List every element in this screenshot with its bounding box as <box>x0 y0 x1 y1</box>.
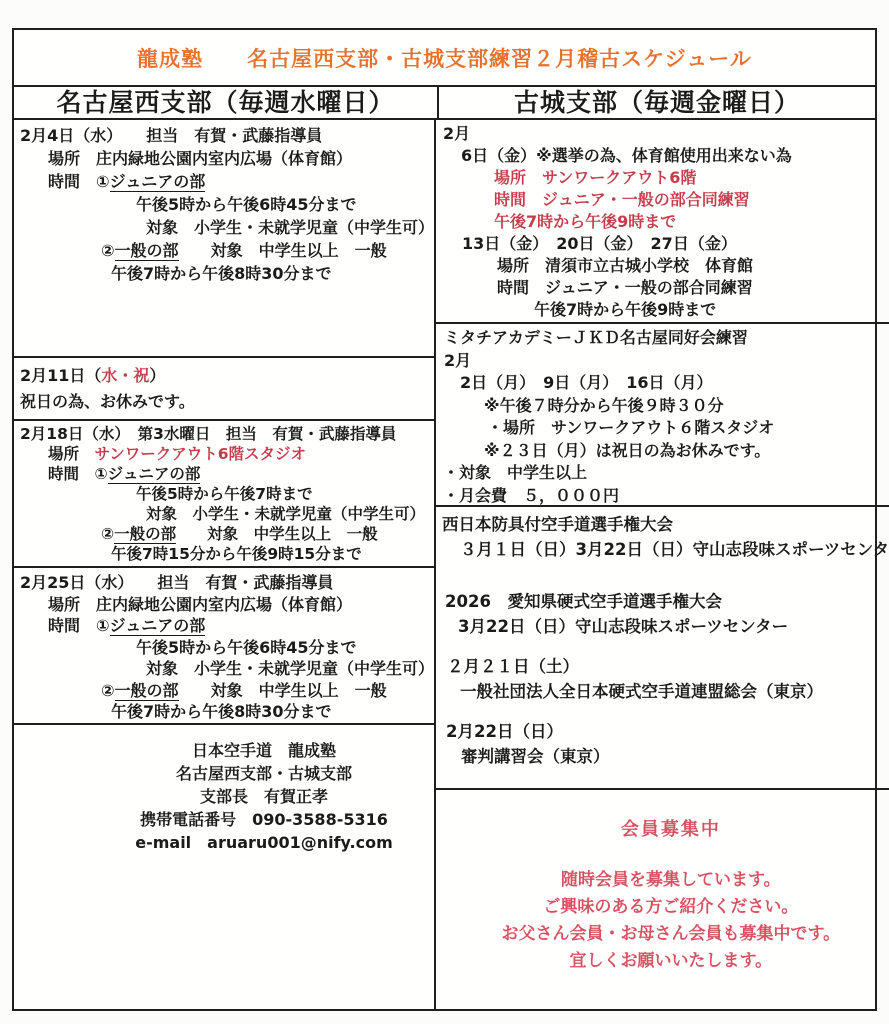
mitachi-holiday-note: ※２３日（月）は祝日の為お休みです。 <box>436 440 889 463</box>
feb25-junior-target: 対象 小学生・未就学児童（中学生可） <box>14 658 434 680</box>
feb18-place-line: 場所 サンワークアウト6階スタジオ <box>14 444 434 464</box>
event3-title: ２月２１日（土） <box>436 654 889 679</box>
feb18-general-hours: 午後7時15分から午後9時15分まで <box>14 544 434 564</box>
feb4-general-line: ②一般の部 対象 中学生以上 一般 <box>14 239 434 262</box>
event2-detail: 3月22日（日）守山志段味スポーツセンター <box>436 614 889 639</box>
event1-title: 西日本防具付空手道選手権大会 <box>436 512 889 537</box>
feb25-junior-hours: 午後5時から午後6時45分まで <box>14 637 434 659</box>
column-headers: 名古屋西支部（毎週水曜日） 古城支部（毎週金曜日） <box>14 87 875 120</box>
feb25-junior-label: ジュニアの部 <box>110 616 206 636</box>
contact-block: 日本空手道 龍成塾 名古屋西支部・古城支部 支部長 有賀正孝 携帯電話番号 09… <box>14 725 434 1009</box>
feb4-junior-hours: 午後5時から午後6時45分まで <box>14 193 434 216</box>
feb18-place-label: 場所 <box>48 445 95 463</box>
kojo-column: 2月 6日（金）※選挙の為、体育館使用出来ない為 場所 サンワークアウト6階 時… <box>436 120 889 1009</box>
contact-org: 日本空手道 龍成塾 <box>114 739 414 762</box>
feb18-general-line: ②一般の部 対象 中学生以上 一般 <box>14 524 434 544</box>
feb25-time-line: 時間 ①ジュニアの部 <box>14 615 434 637</box>
right-column-header: 古城支部（毎週金曜日） <box>439 87 875 118</box>
event1-detail: ３月１日（日）3月22日（日）守山志段味スポーツセンター <box>436 537 889 562</box>
kojo-month: 2月 <box>436 123 889 145</box>
feb4-general-number: ② <box>101 241 115 260</box>
feb25-date-line: 2月25日（水） 担当 有賀・武藤指導員 <box>14 572 434 594</box>
feb4-general-hours: 午後7時から午後8時30分まで <box>14 262 434 285</box>
mitachi-fee: ・月会費 ５，０００円 <box>436 485 889 508</box>
event2-title: 2026 愛知県硬式空手道選手権大会 <box>436 589 889 614</box>
kojo-feb6-place: 場所 サンワークアウト6階 <box>436 167 889 189</box>
feb11-block: 2月11日（水・祝） 祝日の為、お休みです。 <box>14 358 434 421</box>
feb18-general-label: 一般の部 <box>114 525 176 544</box>
recruitment-title: 会員募集中 <box>436 820 889 840</box>
feb25-time-label: 時間 ① <box>48 616 110 635</box>
mitachi-title: ミタチアカデミーＪＫＤ名古屋同好会練習 <box>436 327 889 350</box>
feb4-junior-label: ジュニアの部 <box>110 172 206 192</box>
feb18-junior-label: ジュニアの部 <box>108 465 201 484</box>
feb4-place-line: 場所 庄内緑地公園内室内広場（体育館） <box>14 147 434 170</box>
kojo-feb6-line: 6日（金）※選挙の為、体育館使用出来ない為 <box>436 145 889 167</box>
mitachi-block: ミタチアカデミーＪＫＤ名古屋同好会練習 2月 2日（月） 9日（月） 16日（月… <box>436 324 889 507</box>
left-column-header: 名古屋西支部（毎週水曜日） <box>14 87 439 118</box>
event4-title: 2月22日（日） <box>436 719 889 744</box>
feb18-date-line: 2月18日（水） 第3水曜日 担当 有賀・武藤指導員 <box>14 424 434 444</box>
feb4-general-label: 一般の部 <box>115 241 179 261</box>
contact-branches: 名古屋西支部・古城支部 <box>114 762 414 785</box>
feb18-general-number: ② <box>101 525 114 543</box>
feb18-block: 2月18日（水） 第3水曜日 担当 有賀・武藤指導員 場所 サンワークアウト6階… <box>14 421 434 568</box>
schedule-sheet: 龍成塾 名古屋西支部・古城支部練習２月稽古スケジュール 名古屋西支部（毎週水曜日… <box>12 28 877 1011</box>
document-title-row: 龍成塾 名古屋西支部・古城支部練習２月稽古スケジュール <box>14 30 875 87</box>
mitachi-target: ・対象 中学生以上 <box>436 462 889 485</box>
feb11-date-line: 2月11日（水・祝） <box>14 363 434 389</box>
document-title: 龍成塾 名古屋西支部・古城支部練習２月稽古スケジュール <box>137 43 752 73</box>
feb4-junior-target: 対象 小学生・未就学児童（中学生可） <box>14 216 434 239</box>
feb11-date-suffix: ） <box>149 366 165 385</box>
kojo-other-time: 時間 ジュニア・一般の部合同練習 <box>436 277 889 299</box>
feb11-date-prefix: 2月11日（ <box>20 366 101 385</box>
feb4-general-target: 対象 中学生以上 一般 <box>179 241 387 260</box>
recruitment-line-4: 宜しくお願いいたします。 <box>436 948 889 975</box>
feb25-general-number: ② <box>101 681 115 700</box>
feb18-place-value: サンワークアウト6階スタジオ <box>95 445 307 463</box>
feb25-general-line: ②一般の部 対象 中学生以上 一般 <box>14 680 434 702</box>
feb18-time-label: 時間 ① <box>48 465 108 483</box>
contact-info: 日本空手道 龍成塾 名古屋西支部・古城支部 支部長 有賀正孝 携帯電話番号 09… <box>114 739 414 854</box>
feb25-place-line: 場所 庄内緑地公園内室内広場（体育館） <box>14 594 434 616</box>
feb18-junior-target: 対象 小学生・未就学児童（中学生可） <box>14 504 434 524</box>
feb18-time-line: 時間 ①ジュニアの部 <box>14 464 434 484</box>
mitachi-dates: 2日（月） 9日（月） 16日（月） <box>436 372 889 395</box>
feb4-time-label: 時間 ① <box>48 172 110 191</box>
events-block: 西日本防具付空手道選手権大会 ３月１日（日）3月22日（日）守山志段味スポーツセ… <box>436 507 889 790</box>
feb11-holiday-mark: 水・祝 <box>101 366 149 385</box>
recruitment-line-1: 随時会員を募集しています。 <box>436 867 889 894</box>
contact-email: e-mail aruaru001@nify.com <box>114 831 414 854</box>
schedule-body: 2月4日（水） 担当 有賀・武藤指導員 場所 庄内緑地公園内室内広場（体育館） … <box>14 120 875 1009</box>
nagoya-nishi-column: 2月4日（水） 担当 有賀・武藤指導員 場所 庄内緑地公園内室内広場（体育館） … <box>14 120 436 1009</box>
mitachi-month: 2月 <box>436 350 889 373</box>
kojo-schedule-block: 2月 6日（金）※選挙の為、体育館使用出来ない為 場所 サンワークアウト6階 時… <box>436 120 889 324</box>
feb25-block: 2月25日（水） 担当 有賀・武藤指導員 場所 庄内緑地公園内室内広場（体育館）… <box>14 568 434 725</box>
feb25-general-target: 対象 中学生以上 一般 <box>179 681 387 700</box>
kojo-feb6-hours: 午後7時から午後9時まで <box>436 211 889 233</box>
feb4-block: 2月4日（水） 担当 有賀・武藤指導員 場所 庄内緑地公園内室内広場（体育館） … <box>14 120 434 358</box>
feb4-time-line: 時間 ①ジュニアの部 <box>14 170 434 193</box>
feb18-junior-hours: 午後5時から午後7時まで <box>14 484 434 504</box>
feb18-general-target: 対象 中学生以上 一般 <box>176 525 378 543</box>
feb25-general-label: 一般の部 <box>115 681 179 701</box>
recruitment-line-3: お父さん会員・お母さん会員も募集中です。 <box>436 921 889 948</box>
contact-chief: 支部長 有賀正孝 <box>114 785 414 808</box>
mitachi-hours-note: ※午後７時分から午後９時３０分 <box>436 395 889 418</box>
kojo-other-dates: 13日（金） 20日（金） 27日（金） <box>436 233 889 255</box>
kojo-other-hours: 午後7時から午後9時まで <box>436 299 889 321</box>
kojo-feb6-time: 時間 ジュニア・一般の部合同練習 <box>436 189 889 211</box>
recruitment-block: 会員募集中 随時会員を募集しています。 ご興味のある方ご紹介ください。 お父さん… <box>436 790 889 1009</box>
mitachi-place: ・場所 サンワークアウト６階スタジオ <box>436 417 889 440</box>
contact-phone: 携帯電話番号 090-3588-5316 <box>114 808 414 831</box>
recruitment-message: 随時会員を募集しています。 ご興味のある方ご紹介ください。 お父さん会員・お母さ… <box>436 867 889 975</box>
feb25-general-hours: 午後7時から午後8時30分まで <box>14 701 434 723</box>
event4-detail: 審判講習会（東京） <box>436 744 889 769</box>
recruitment-line-2: ご興味のある方ご紹介ください。 <box>436 894 889 921</box>
feb11-closed-note: 祝日の為、お休みです。 <box>14 389 434 415</box>
feb4-date-line: 2月4日（水） 担当 有賀・武藤指導員 <box>14 124 434 147</box>
event3-detail: 一般社団法人全日本硬式空手道連盟総会（東京） <box>436 679 889 704</box>
kojo-other-place: 場所 清須市立古城小学校 体育館 <box>436 255 889 277</box>
